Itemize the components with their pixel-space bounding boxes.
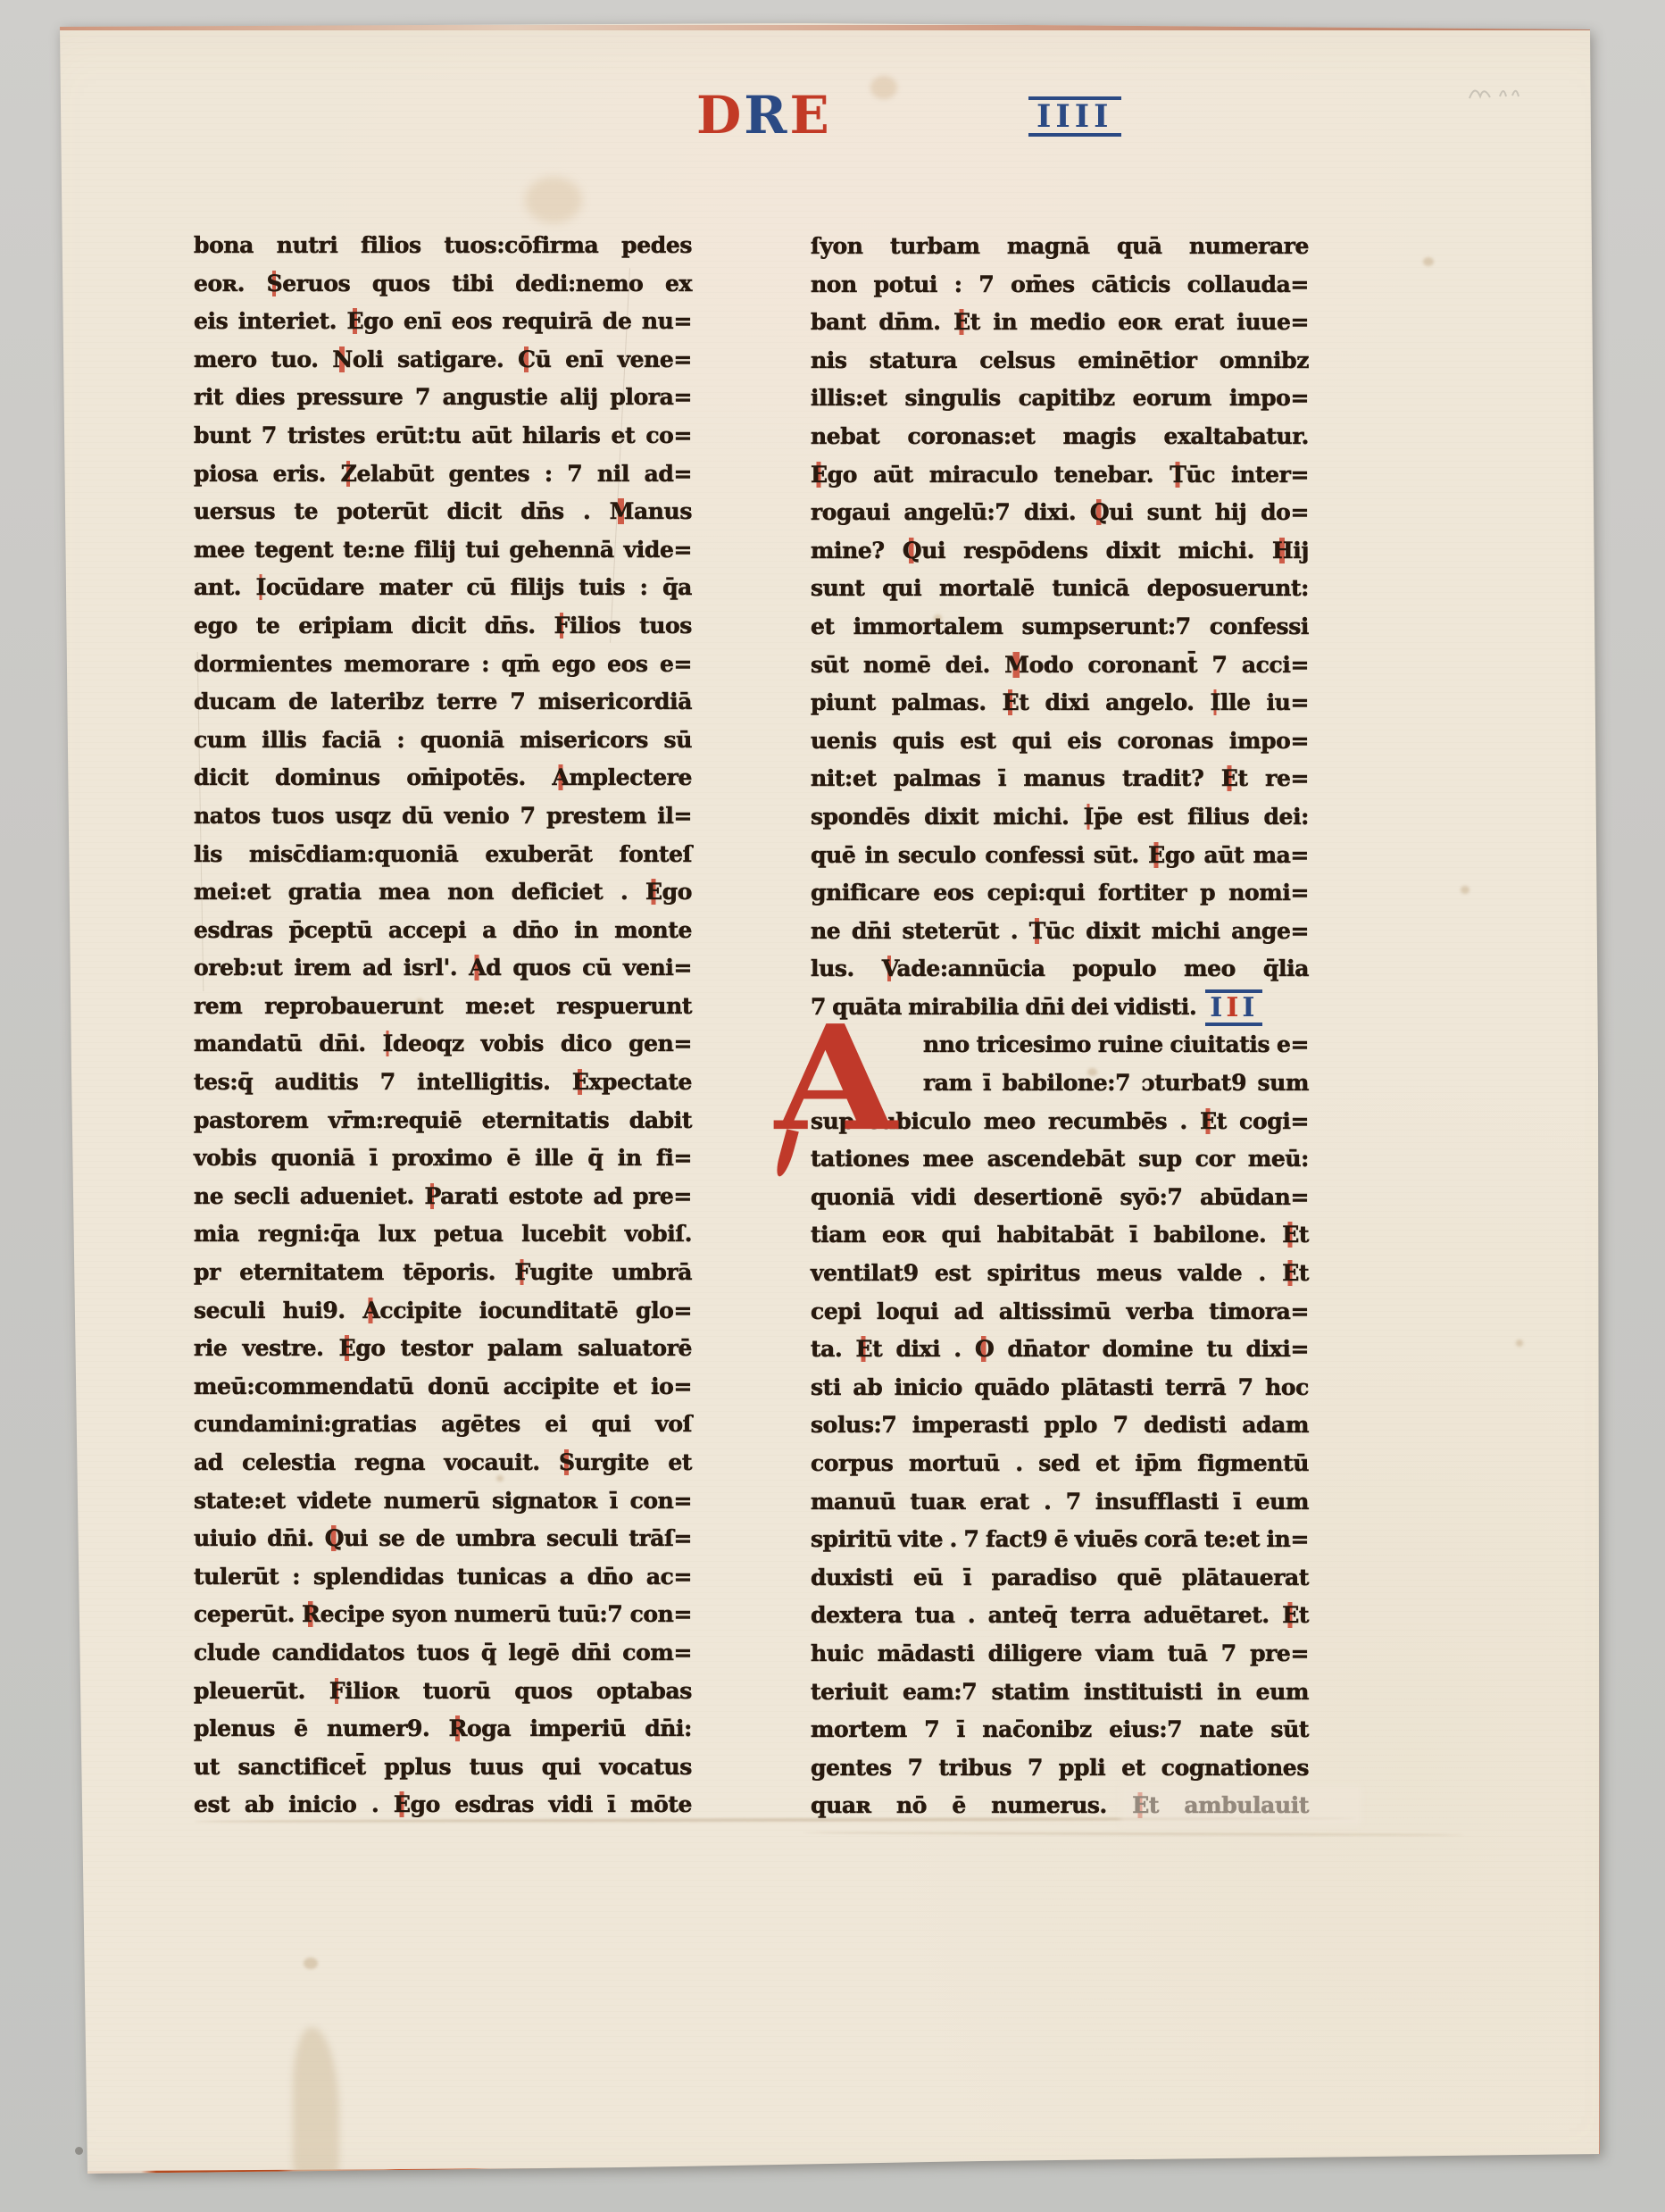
pencil-mark	[1466, 79, 1528, 105]
text-line: ut sanctificet̄ pplus tuus qui vocatus	[194, 1749, 692, 1787]
text-line: cundamini:gratias agētes ei qui voſ	[194, 1406, 692, 1444]
text-line: cepi loqui ad altissimū verba timora=	[811, 1293, 1309, 1331]
text-line: ne dn̄i steterūt . Tūc dixit michi ange=	[811, 913, 1309, 951]
text-line: lus. Vade:annūcia populo meo q̄lia	[811, 950, 1309, 989]
text-line: oreb:ut irem ad isrl'. Ad quos cū veni=	[194, 949, 692, 988]
text-line: lis misc̄diam:quoniā exuberāt fonteſ	[194, 836, 692, 874]
text-line: nebat coronas:et magis exaltabatur.	[811, 418, 1309, 456]
text-line: ſyon turbam magnā quā numerare	[811, 228, 1309, 266]
text-line: meū:commendatū donū accipite et io=	[194, 1368, 692, 1406]
text-line: natos tuos usqz dū venio 7 prestem il=	[194, 797, 692, 836]
text-line: pastorem vr̄m:requiē eternitatis dabit	[194, 1102, 692, 1140]
text-line: Ego aūt miraculo tenebar. Tūc inter=	[811, 456, 1309, 495]
text-line: corpus mortuū . sed et ip̄m figmentū	[811, 1445, 1309, 1483]
text-line: eis interiet. Ego enī eos requirā de nu=	[194, 303, 692, 341]
text-line: eoʀ. Seruos quos tibi dedi:nemo ex	[194, 265, 692, 304]
text-line: ventilat9 est spiritus meus valde . Et	[811, 1255, 1309, 1293]
text-line: quaʀ nō ē numerus. Et ambulauit	[811, 1787, 1309, 1825]
text-line: seculi hui9. Accipite iocunditatē glo=	[194, 1292, 692, 1331]
text-line: rie vestre. Ego testor palam saluatorē	[194, 1330, 692, 1368]
folio-number: IIII	[1028, 96, 1121, 137]
manuscript-leaf: DRE IIII bona nutri filios tuos:cōfirma …	[0, 0, 1665, 2212]
text-line: ant. Iocūdare mater cū filijs tuis : q̄a	[194, 569, 692, 607]
text-line: solus:7 imperasti pplo 7 dedisti adam	[811, 1406, 1309, 1445]
text-line: duxisti eū ī paradiso quē plātauerat	[811, 1559, 1309, 1598]
text-line: est ab inicio . Ego esdras vidi ī mōte	[194, 1786, 692, 1824]
text-line: mortem 7 ī nac̄onibz eius:7 nate sūt	[811, 1711, 1309, 1749]
text-line: mine? Qui respōdens dixit michi. Hij	[811, 532, 1309, 571]
text-line: rit dies pressure 7 angustie alij plora=	[194, 379, 692, 417]
text-line: piosa eris. Zelabūt gentes : 7 nil ad=	[194, 455, 692, 494]
text-line: rem reprobauerunt me:et respuerunt	[194, 988, 692, 1026]
text-line: dicit dominus om̄ipotēs. Amplectere	[194, 759, 692, 797]
text-line: quē in seculo confessi sūt. Ego aūt ma=	[811, 837, 1309, 875]
chapter-initial: A	[775, 1006, 897, 1151]
text-line: ego te eripiam dicit dn̄s. Filios tuos	[194, 607, 692, 646]
red-edge-right	[1599, 27, 1604, 2161]
text-line: ta. Et dixi . O dn̄ator domine tu dixi=	[811, 1331, 1309, 1369]
running-title: DRE	[696, 89, 832, 141]
text-line: bant dn̄m. Et in medio eoʀ erat iuue=	[811, 304, 1309, 342]
running-title-letter: R	[744, 89, 789, 141]
text-column-left: bona nutri filios tuos:cōfirma pedeseoʀ.…	[194, 227, 692, 1824]
text-line: bunt 7 tristes erūt:tu aūt hilaris et co…	[194, 417, 692, 455]
text-line: rogaui angelū:7 dixi. Qui sunt hij do=	[811, 494, 1309, 532]
text-line: clude candidatos tuos q̄ legē dn̄i com=	[194, 1634, 692, 1673]
text-line: state:et videte numerū signatoʀ ī con=	[194, 1482, 692, 1521]
text-line: teriuit eam:7 statim instituisti in eum	[811, 1674, 1309, 1712]
text-line: gentes 7 tribus 7 ppli et cognationes	[811, 1749, 1309, 1788]
chapter-numeral: III	[1205, 989, 1262, 1026]
text-line: ad celestia regna vocauit. Surgite et	[194, 1444, 692, 1482]
text-line: sti ab inicio quādo plātasti terrā 7 hoc	[811, 1369, 1309, 1407]
text-line: sunt qui mortalē tunicā deposuerunt:	[811, 570, 1309, 608]
text-line: ne secli adueniet. Parati estote ad pre=	[194, 1178, 692, 1216]
text-line: pr eternitatem tēporis. Fugite umbrā	[194, 1254, 692, 1292]
text-line: ceperūt. Recipe syon numerū tuū:7 con=	[194, 1596, 692, 1634]
text-line: nis statura celsus eminētior omnibz	[811, 342, 1309, 380]
text-line: mandatū dn̄i. Ideoqz vobis dico gen=	[194, 1025, 692, 1064]
folio-numeral: IIII	[1036, 98, 1113, 135]
running-title-letter: E	[790, 89, 832, 141]
text-line: dormientes memorare : qm̄ ego eos e=	[194, 646, 692, 684]
text-line: quoniā vidi desertionē syō:7 abūdan=	[811, 1179, 1309, 1217]
text-line: mero tuo. Noli satigare. Cū enī vene=	[194, 341, 692, 380]
text-line: ducam de lateribz terre 7 misericordiā	[194, 683, 692, 722]
text-line: illis:et singulis capitibz eorum impo=	[811, 380, 1309, 418]
scan-background: DRE IIII bona nutri filios tuos:cōfirma …	[0, 0, 1665, 2212]
text-line: tiam eoʀ qui habitabāt ī babilone. Et	[811, 1216, 1309, 1255]
running-title-letter: D	[696, 89, 744, 141]
text-line: huic mādasti diligere viam tuā 7 pre=	[811, 1635, 1309, 1674]
leaf-paper: DRE IIII bona nutri filios tuos:cōfirma …	[0, 0, 1665, 2212]
text-line: sūt nomē dei. Modo coronant̄ 7 acci=	[811, 647, 1309, 685]
text-line: mee tegent te:ne filij tui gehennā vide=	[194, 531, 692, 570]
text-line: non potui : 7 om̄es cāticis collauda=	[811, 266, 1309, 305]
text-line: piunt palmas. Et dixi angelo. Ille iu=	[811, 684, 1309, 722]
text-line: vobis quoniā ī proximo ē ille q̄ in fi=	[194, 1139, 692, 1178]
text-line: gnificare eos cepi:qui fortiter p nomi=	[811, 874, 1309, 913]
text-line: bona nutri filios tuos:cōfirma pedes	[194, 227, 692, 265]
red-edge-top	[54, 25, 1594, 30]
text-line: spiritū vite . 7 fact9 ē viuēs corā te:e…	[811, 1521, 1309, 1559]
text-line: cum illis faciā : quoniā misericors sū	[194, 722, 692, 760]
text-line: mia regni:q̄a lux petua lucebit vobiſ.	[194, 1215, 692, 1254]
text-line: manuū tuaʀ erat . 7 insufflasti ī eum	[811, 1483, 1309, 1522]
text-line: uiuio dn̄i. Qui se de umbra seculi trāſ=	[194, 1520, 692, 1558]
text-line: uersus te poterūt dicit dn̄s . Manus	[194, 493, 692, 531]
text-line: et immortalem sumpserunt:7 confessi	[811, 608, 1309, 647]
text-line: pleuerūt. Filioʀ tuorū quos optabas	[194, 1673, 692, 1711]
text-line: dextera tua . anteq̄ terra aduētaret. Et	[811, 1597, 1309, 1635]
text-line: esdras p̄ceptū accepi a dn̄o in monte	[194, 912, 692, 950]
text-line: mei:et gratia mea non deficiet . Ego	[194, 873, 692, 912]
text-line: nit:et palmas ī manus tradit? Et re=	[811, 760, 1309, 798]
text-line: plenus ē numer9. Roga imperiū dn̄i:	[194, 1710, 692, 1749]
text-line: uenis quis est qui eis coronas impo=	[811, 722, 1309, 761]
text-line: tes:q̄ auditis 7 intelligitis. Expectate	[194, 1064, 692, 1102]
text-line: tulerūt : splendidas tunicas a dn̄o ac=	[194, 1558, 692, 1597]
text-line: spondēs dixit michi. Ip̄e est filius dei…	[811, 798, 1309, 837]
